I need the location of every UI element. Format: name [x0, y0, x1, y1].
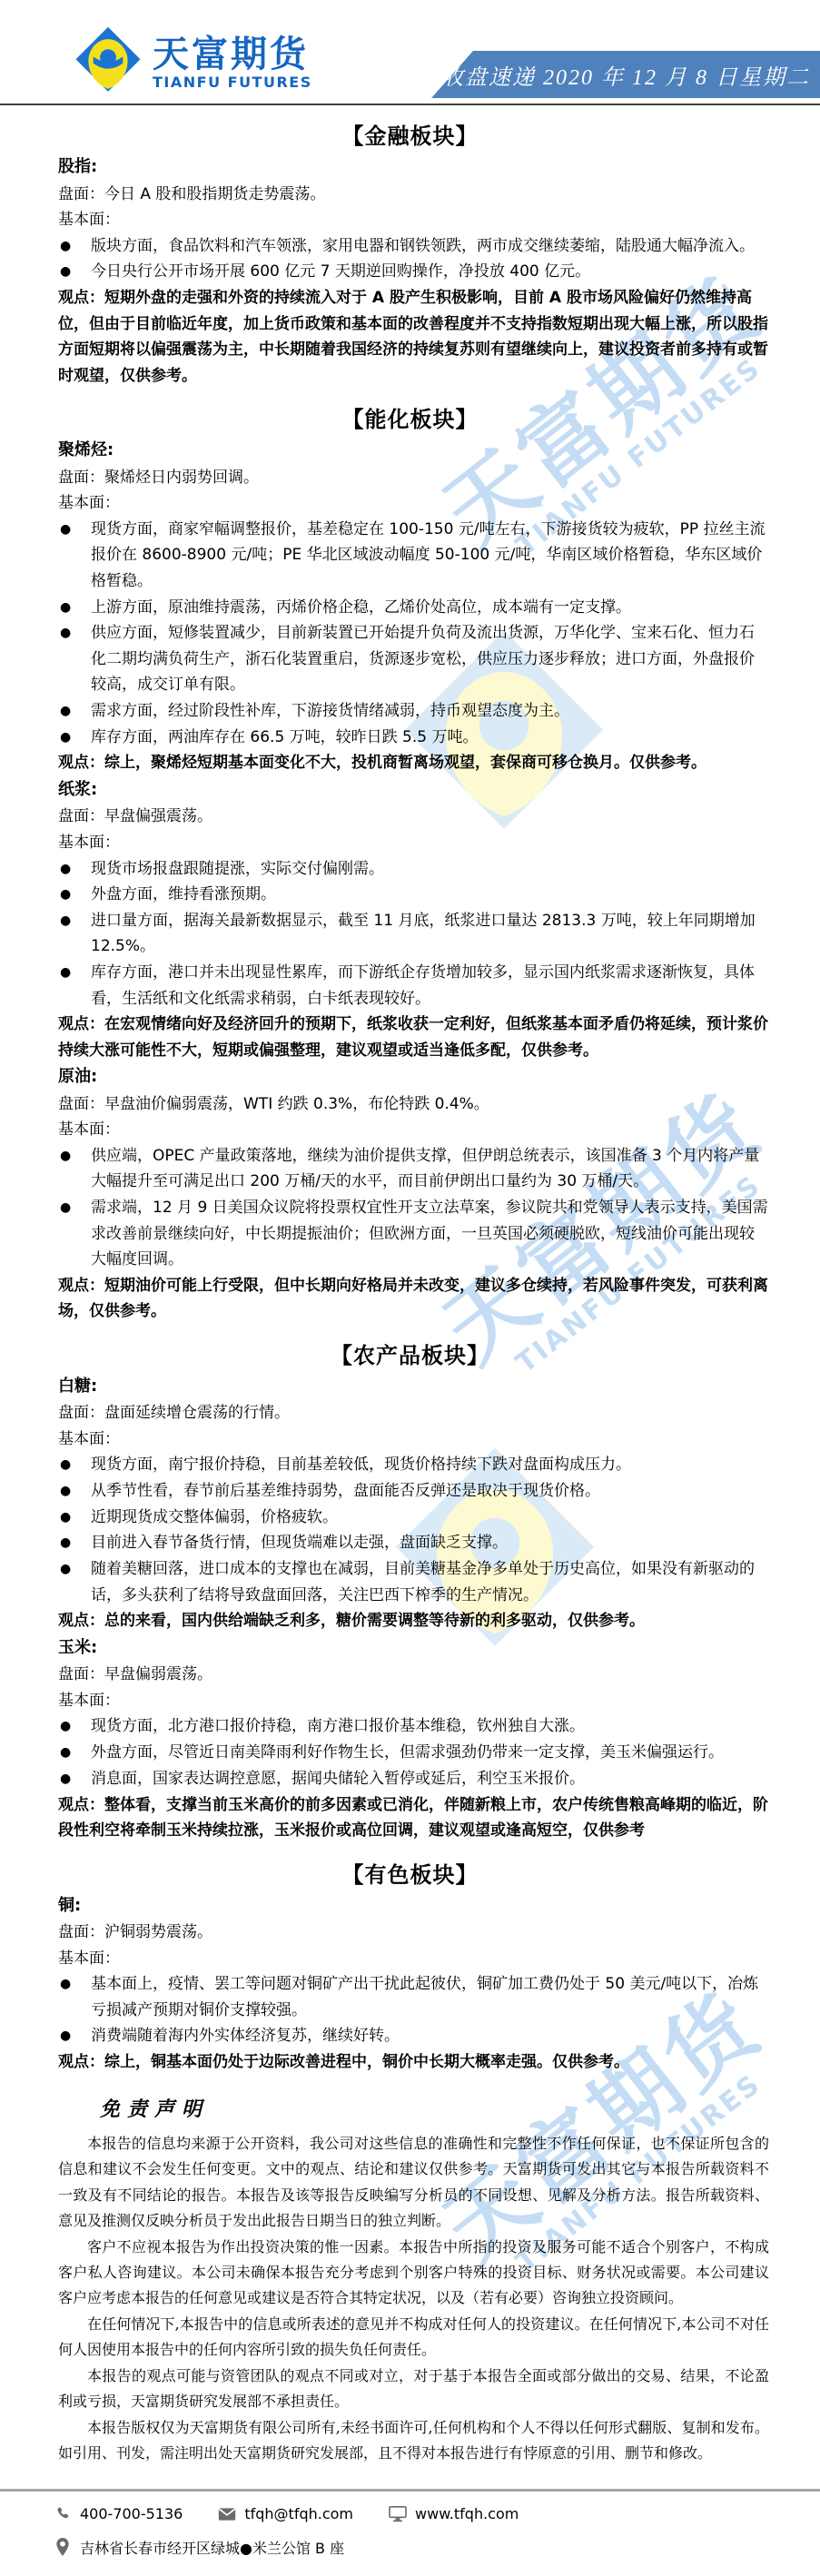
board-title: 【有色板块】	[0, 1857, 820, 1889]
bullet-item: ●库存方面，两油库存在 66.5 万吨，较昨日跌 5.5 万吨。	[58, 725, 769, 751]
bullet-item: ●供应端，OPEC 产量政策落地，继续为油价提供支撑，但伊朗总统表示，该国准备 …	[58, 1143, 769, 1195]
bullet-marker: ●	[58, 595, 91, 621]
disclaimer-paragraph: 客户不应视本报告为作出投资决策的惟一因素。本报告中所指的投资及服务可能不适合个别…	[58, 2235, 769, 2312]
bullet-marker: ●	[58, 1766, 91, 1792]
page-header: 天富期货 TIANFU FUTURES 收盘速递 2020 年 12 月 8 日…	[0, 0, 820, 100]
viewpoint-line: 观点：总的来看，国内供给端缺乏利多，糖价需要调整等待新的利多驱动，仅供参考。	[58, 1608, 769, 1634]
pan-line: 盘面：盘面延续增仓震荡的行情。	[58, 1400, 769, 1426]
bullet-marker: ●	[58, 517, 91, 595]
pan-line: 盘面：沪铜弱势震荡。	[58, 1920, 769, 1946]
viewpoint-line: 观点：综上，铜基本面仍处于边际改善进程中，铜价中长期大概率走强。仅供参考。	[58, 2049, 769, 2076]
bullet-marker: ●	[58, 1971, 91, 2023]
monitor-icon	[388, 2504, 408, 2524]
bullet-item: ●需求方面，经过阶段性补库，下游接货情绪减弱，持币观望态度为主。	[58, 698, 769, 725]
bullet-item: ●消息面，国家表达调控意愿，据闻央储轮入暂停或延后，利空玉米报价。	[58, 1766, 769, 1792]
bullet-item: ●现货方面，北方港口报价持稳，南方港口报价基本维稳，钦州独自大涨。	[58, 1713, 769, 1740]
bullet-marker: ●	[58, 259, 91, 285]
page-footer: 400-700-5136 tfqh@tfqh.com www.tfqh.com	[0, 2489, 820, 2576]
bullet-text: 随着美糖回落，进口成本的支撑也在减弱，目前美糖基金净多单处于历史高位，如果没有新…	[91, 1556, 769, 1608]
basics-label: 基本面：	[58, 830, 769, 856]
phone-contact: 400-700-5136	[53, 2504, 183, 2524]
bullet-item: ●进口量方面，据海关最新数据显示，截至 11 月底，纸浆进口量达 2813.3 …	[58, 908, 769, 960]
email-contact: tfqh@tfqh.com	[217, 2504, 353, 2524]
bullet-item: ●版块方面，食品饮料和汽车领涨，家用电器和钢铁领跌，两市成交继续萎缩，陆股通大幅…	[58, 233, 769, 260]
viewpoint-line: 观点：短期外盘的走强和外资的持续流入对于 A 股产生积极影响，目前 A 股市场风…	[58, 285, 769, 389]
bullet-text: 目前进入春节备货行情，但现货端难以走强，盘面缺乏支撑。	[91, 1530, 769, 1556]
commodity-block: 原油:盘面：早盘油价偏弱震荡，WTI 约跌 0.3%，布伦特跌 0.4%。基本面…	[58, 1063, 769, 1272]
bullet-item: ●现货方面，商家窄幅调整报价，基差稳定在 100-150 元/吨左右，下游接货较…	[58, 517, 769, 595]
bullet-text: 上游方面，原油维持震荡，丙烯价格企稳，乙烯价处高位，成本端有一定支撑。	[91, 595, 769, 621]
issue-banner: 收盘速递 2020 年 12 月 8 日星期二	[431, 51, 820, 98]
contact-row: 400-700-5136 tfqh@tfqh.com www.tfqh.com	[53, 2504, 820, 2524]
bullet-item: ●今日央行公开市场开展 600 亿元 7 天期逆回购操作，净投放 400 亿元。	[58, 259, 769, 285]
commodity-block: 纸浆:盘面：早盘偏强震荡。基本面：●现货市场报盘跟随提涨，实际交付偏刚需。●外盘…	[58, 776, 769, 1012]
commodity-block: 玉米:盘面：早盘偏弱震荡。基本面：●现货方面，北方港口报价持稳，南方港口报价基本…	[58, 1634, 769, 1792]
board-title: 【金融板块】	[0, 118, 820, 150]
commodity-name: 聚烯烃:	[58, 437, 769, 465]
commodity-name: 铜:	[58, 1892, 769, 1920]
viewpoint-line: 观点：在宏观情绪向好及经济回升的预期下，纸浆收获一定利好，但纸浆基本面矛盾仍将延…	[58, 1012, 769, 1063]
bullet-text: 消费端随着海内外实体经济复苏，继续好转。	[91, 2023, 769, 2049]
bullet-marker: ●	[58, 1556, 91, 1608]
pan-line: 盘面：聚烯烃日内弱势回调。	[58, 465, 769, 491]
commodity-name: 股指:	[58, 153, 769, 182]
bullet-item: ●库存方面，港口并未出现显性累库，而下游纸企存货增加较多，显示国内纸浆需求逐渐恢…	[58, 960, 769, 1012]
website-contact: www.tfqh.com	[388, 2504, 519, 2524]
disclaimer-section: 免责声明 本报告的信息均来源于公开资料，我公司对这些信息的准确性和完整性不作任何…	[0, 2094, 820, 2467]
company-address: 吉林省长春市经开区绿城●米兰公馆 B 座	[80, 2537, 344, 2558]
bullet-item: ●外盘方面，尽管近日南美降雨利好作物生长，但需求强劲仍带来一定支撑，美玉米偏强运…	[58, 1740, 769, 1766]
logo-subtitle: TIANFU FUTURES	[153, 74, 312, 91]
basics-label: 基本面：	[58, 490, 769, 517]
pan-line: 盘面：今日 A 股和股指期货走势震荡。	[58, 182, 769, 208]
bullet-text: 版块方面，食品饮料和汽车领涨，家用电器和钢铁领跌，两市成交继续萎缩，陆股通大幅净…	[91, 233, 769, 260]
bullet-item: ●需求端，12 月 9 日美国众议院将投票权宜性开支立法草案，参议院共和党领导人…	[58, 1195, 769, 1273]
bullet-text: 需求方面，经过阶段性补库，下游接货情绪减弱，持币观望态度为主。	[91, 698, 769, 725]
bullet-marker: ●	[58, 1478, 91, 1505]
bullet-text: 外盘方面，尽管近日南美降雨利好作物生长，但需求强劲仍带来一定支撑，美玉米偏强运行…	[91, 1740, 769, 1766]
pan-line: 盘面：早盘偏弱震荡。	[58, 1662, 769, 1688]
bullet-marker: ●	[58, 233, 91, 260]
bullet-text: 进口量方面，据海关最新数据显示，截至 11 月底，纸浆进口量达 2813.3 万…	[91, 908, 769, 960]
commodity-name: 原油:	[58, 1063, 769, 1091]
commodity-block: 铜:盘面：沪铜弱势震荡。基本面：●基本面上，疫情、罢工等问题对铜矿产出干扰此起彼…	[58, 1892, 769, 2049]
bullet-marker: ●	[58, 1713, 91, 1740]
bullet-marker: ●	[58, 882, 91, 908]
basics-label: 基本面：	[58, 1117, 769, 1143]
bullet-marker: ●	[58, 960, 91, 1012]
bullet-text: 近期现货成交整体偏弱，价格疲软。	[91, 1505, 769, 1531]
bullet-item: ●基本面上，疫情、罢工等问题对铜矿产出干扰此起彼伏，铜矿加工费仍处于 50 美元…	[58, 1971, 769, 2023]
website-url: www.tfqh.com	[415, 2505, 519, 2522]
bullet-text: 库存方面，两油库存在 66.5 万吨，较昨日跌 5.5 万吨。	[91, 725, 769, 751]
bullet-marker: ●	[58, 2023, 91, 2049]
basics-label: 基本面：	[58, 1426, 769, 1453]
mail-icon	[217, 2504, 237, 2524]
commodity-block: 白糖:盘面：盘面延续增仓震荡的行情。基本面：●现货方面，南宁报价持稳，目前基差较…	[58, 1373, 769, 1609]
viewpoint-line: 观点：整体看，支撑当前玉米高价的前多因素或已消化，伴随新粮上市，农户传统售粮高峰…	[58, 1792, 769, 1844]
board-title: 【农产品板块】	[0, 1337, 820, 1369]
disclaimer-paragraph: 本报告的观点可能与资管团队的观点不同或对立，对于基于本报告全面或部分做出的交易、…	[58, 2364, 769, 2415]
bullet-marker: ●	[58, 620, 91, 698]
bullet-item: ●从季节性看，春节前后基差维持弱势，盘面能否反弹还是取决于现货价格。	[58, 1478, 769, 1505]
bullet-text: 供应方面，短修装置减少，目前新装置已开始提升负荷及流出货源，万华化学、宝来石化、…	[91, 620, 769, 698]
bullet-text: 现货方面，北方港口报价持稳，南方港口报价基本维稳，钦州独自大涨。	[91, 1713, 769, 1740]
bullet-item: ●现货市场报盘跟随提涨，实际交付偏刚需。	[58, 856, 769, 883]
disclaimer-paragraph: 本报告版权仅为天富期货有限公司所有,未经书面许可,任何机构和个人不得以任何形式翻…	[58, 2415, 769, 2467]
logo-title: 天富期货	[153, 35, 312, 74]
email-address: tfqh@tfqh.com	[244, 2505, 353, 2522]
bullet-marker: ●	[58, 1530, 91, 1556]
bullet-marker: ●	[58, 1505, 91, 1531]
bullet-text: 现货方面，商家窄幅调整报价，基差稳定在 100-150 元/吨左右，下游接货较为…	[91, 517, 769, 595]
commodity-name: 玉米:	[58, 1634, 769, 1663]
bullet-marker: ●	[58, 1740, 91, 1766]
bullet-text: 供应端，OPEC 产量政策落地，继续为油价提供支撑，但伊朗总统表示，该国准备 3…	[91, 1143, 769, 1195]
bullet-item: ●目前进入春节备货行情，但现货端难以走强，盘面缺乏支撑。	[58, 1530, 769, 1556]
bullet-text: 需求端，12 月 9 日美国众议院将投票权宜性开支立法草案，参议院共和党领导人表…	[91, 1195, 769, 1273]
company-logo: 天富期货 TIANFU FUTURES	[74, 25, 312, 100]
bullet-marker: ●	[58, 856, 91, 883]
disclaimer-paragraphs: 本报告的信息均来源于公开资料，我公司对这些信息的准确性和完整性不作任何保证，也不…	[0, 2131, 820, 2467]
bullet-text: 从季节性看，春节前后基差维持弱势，盘面能否反弹还是取决于现货价格。	[91, 1478, 769, 1505]
location-icon	[53, 2537, 73, 2557]
bullet-marker: ●	[58, 1452, 91, 1478]
viewpoint-line: 观点：短期油价可能上行受限，但中长期向好格局并未改变，建议多仓续持，若风险事件突…	[58, 1273, 769, 1325]
report-body: 【金融板块】股指:盘面：今日 A 股和股指期货走势震荡。基本面：●版块方面，食品…	[0, 118, 820, 2076]
bullet-text: 今日央行公开市场开展 600 亿元 7 天期逆回购操作，净投放 400 亿元。	[91, 259, 769, 285]
bullet-item: ●随着美糖回落，进口成本的支撑也在减弱，目前美糖基金净多单处于历史高位，如果没有…	[58, 1556, 769, 1608]
bullet-item: ●现货方面，南宁报价持稳，目前基差较低，现货价格持续下跌对盘面构成压力。	[58, 1452, 769, 1478]
logo-text: 天富期货 TIANFU FUTURES	[153, 35, 312, 91]
bullet-item: ●上游方面，原油维持震荡，丙烯价格企稳，乙烯价处高位，成本端有一定支撑。	[58, 595, 769, 621]
bullet-marker: ●	[58, 1143, 91, 1195]
commodity-block: 股指:盘面：今日 A 股和股指期货走势震荡。基本面：●版块方面，食品饮料和汽车领…	[58, 153, 769, 285]
disclaimer-title: 免责声明	[100, 2094, 820, 2122]
board-title: 【能化板块】	[0, 401, 820, 433]
basics-label: 基本面：	[58, 1946, 769, 1972]
pan-line: 盘面：早盘偏强震荡。	[58, 804, 769, 830]
bullet-marker: ●	[58, 908, 91, 960]
basics-label: 基本面：	[58, 1688, 769, 1714]
bullet-marker: ●	[58, 725, 91, 751]
bullet-item: ●近期现货成交整体偏弱，价格疲软。	[58, 1505, 769, 1531]
bullet-text: 外盘方面，维持看涨预期。	[91, 882, 769, 908]
viewpoint-line: 观点：综上，聚烯烃短期基本面变化不大，投机商暂离场观望，套保商可移仓换月。仅供参…	[58, 750, 769, 776]
bullet-text: 基本面上，疫情、罢工等问题对铜矿产出干扰此起彼伏，铜矿加工费仍处于 50 美元/…	[91, 1971, 769, 2023]
bullet-text: 库存方面，港口并未出现显性累库，而下游纸企存货增加较多，显示国内纸浆需求逐渐恢复…	[91, 960, 769, 1012]
bullet-text: 现货市场报盘跟随提涨，实际交付偏刚需。	[91, 856, 769, 883]
phone-number: 400-700-5136	[80, 2505, 183, 2522]
bullet-item: ●供应方面，短修装置减少，目前新装置已开始提升负荷及流出货源，万华化学、宝来石化…	[58, 620, 769, 698]
phone-icon	[53, 2504, 73, 2524]
disclaimer-paragraph: 在任何情况下,本报告中的信息或所表述的意见并不构成对任何人的投资建议。在任何情况…	[58, 2312, 769, 2364]
basics-label: 基本面：	[58, 207, 769, 233]
bullet-item: ●外盘方面，维持看涨预期。	[58, 882, 769, 908]
pan-line: 盘面：早盘油价偏弱震荡，WTI 约跌 0.3%，布伦特跌 0.4%。	[58, 1091, 769, 1118]
header-divider	[0, 104, 820, 105]
bullet-text: 消息面，国家表达调控意愿，据闻央储轮入暂停或延后，利空玉米报价。	[91, 1766, 769, 1792]
commodity-name: 纸浆:	[58, 776, 769, 804]
commodity-name: 白糖:	[58, 1373, 769, 1401]
tianfu-diamond-icon	[74, 25, 142, 100]
bullet-marker: ●	[58, 698, 91, 725]
disclaimer-paragraph: 本报告的信息均来源于公开资料，我公司对这些信息的准确性和完整性不作任何保证，也不…	[58, 2131, 769, 2235]
bullet-text: 现货方面，南宁报价持稳，目前基差较低，现货价格持续下跌对盘面构成压力。	[91, 1452, 769, 1478]
address-row: 吉林省长春市经开区绿城●米兰公馆 B 座	[53, 2537, 820, 2558]
commodity-block: 聚烯烃:盘面：聚烯烃日内弱势回调。基本面：●现货方面，商家窄幅调整报价，基差稳定…	[58, 437, 769, 750]
newsletter-page: 天富期货 TIANFU FUTURES 天富期货 TIANFU FUTURES …	[0, 0, 820, 2576]
bullet-marker: ●	[58, 1195, 91, 1273]
bullet-item: ●消费端随着海内外实体经济复苏，继续好转。	[58, 2023, 769, 2049]
